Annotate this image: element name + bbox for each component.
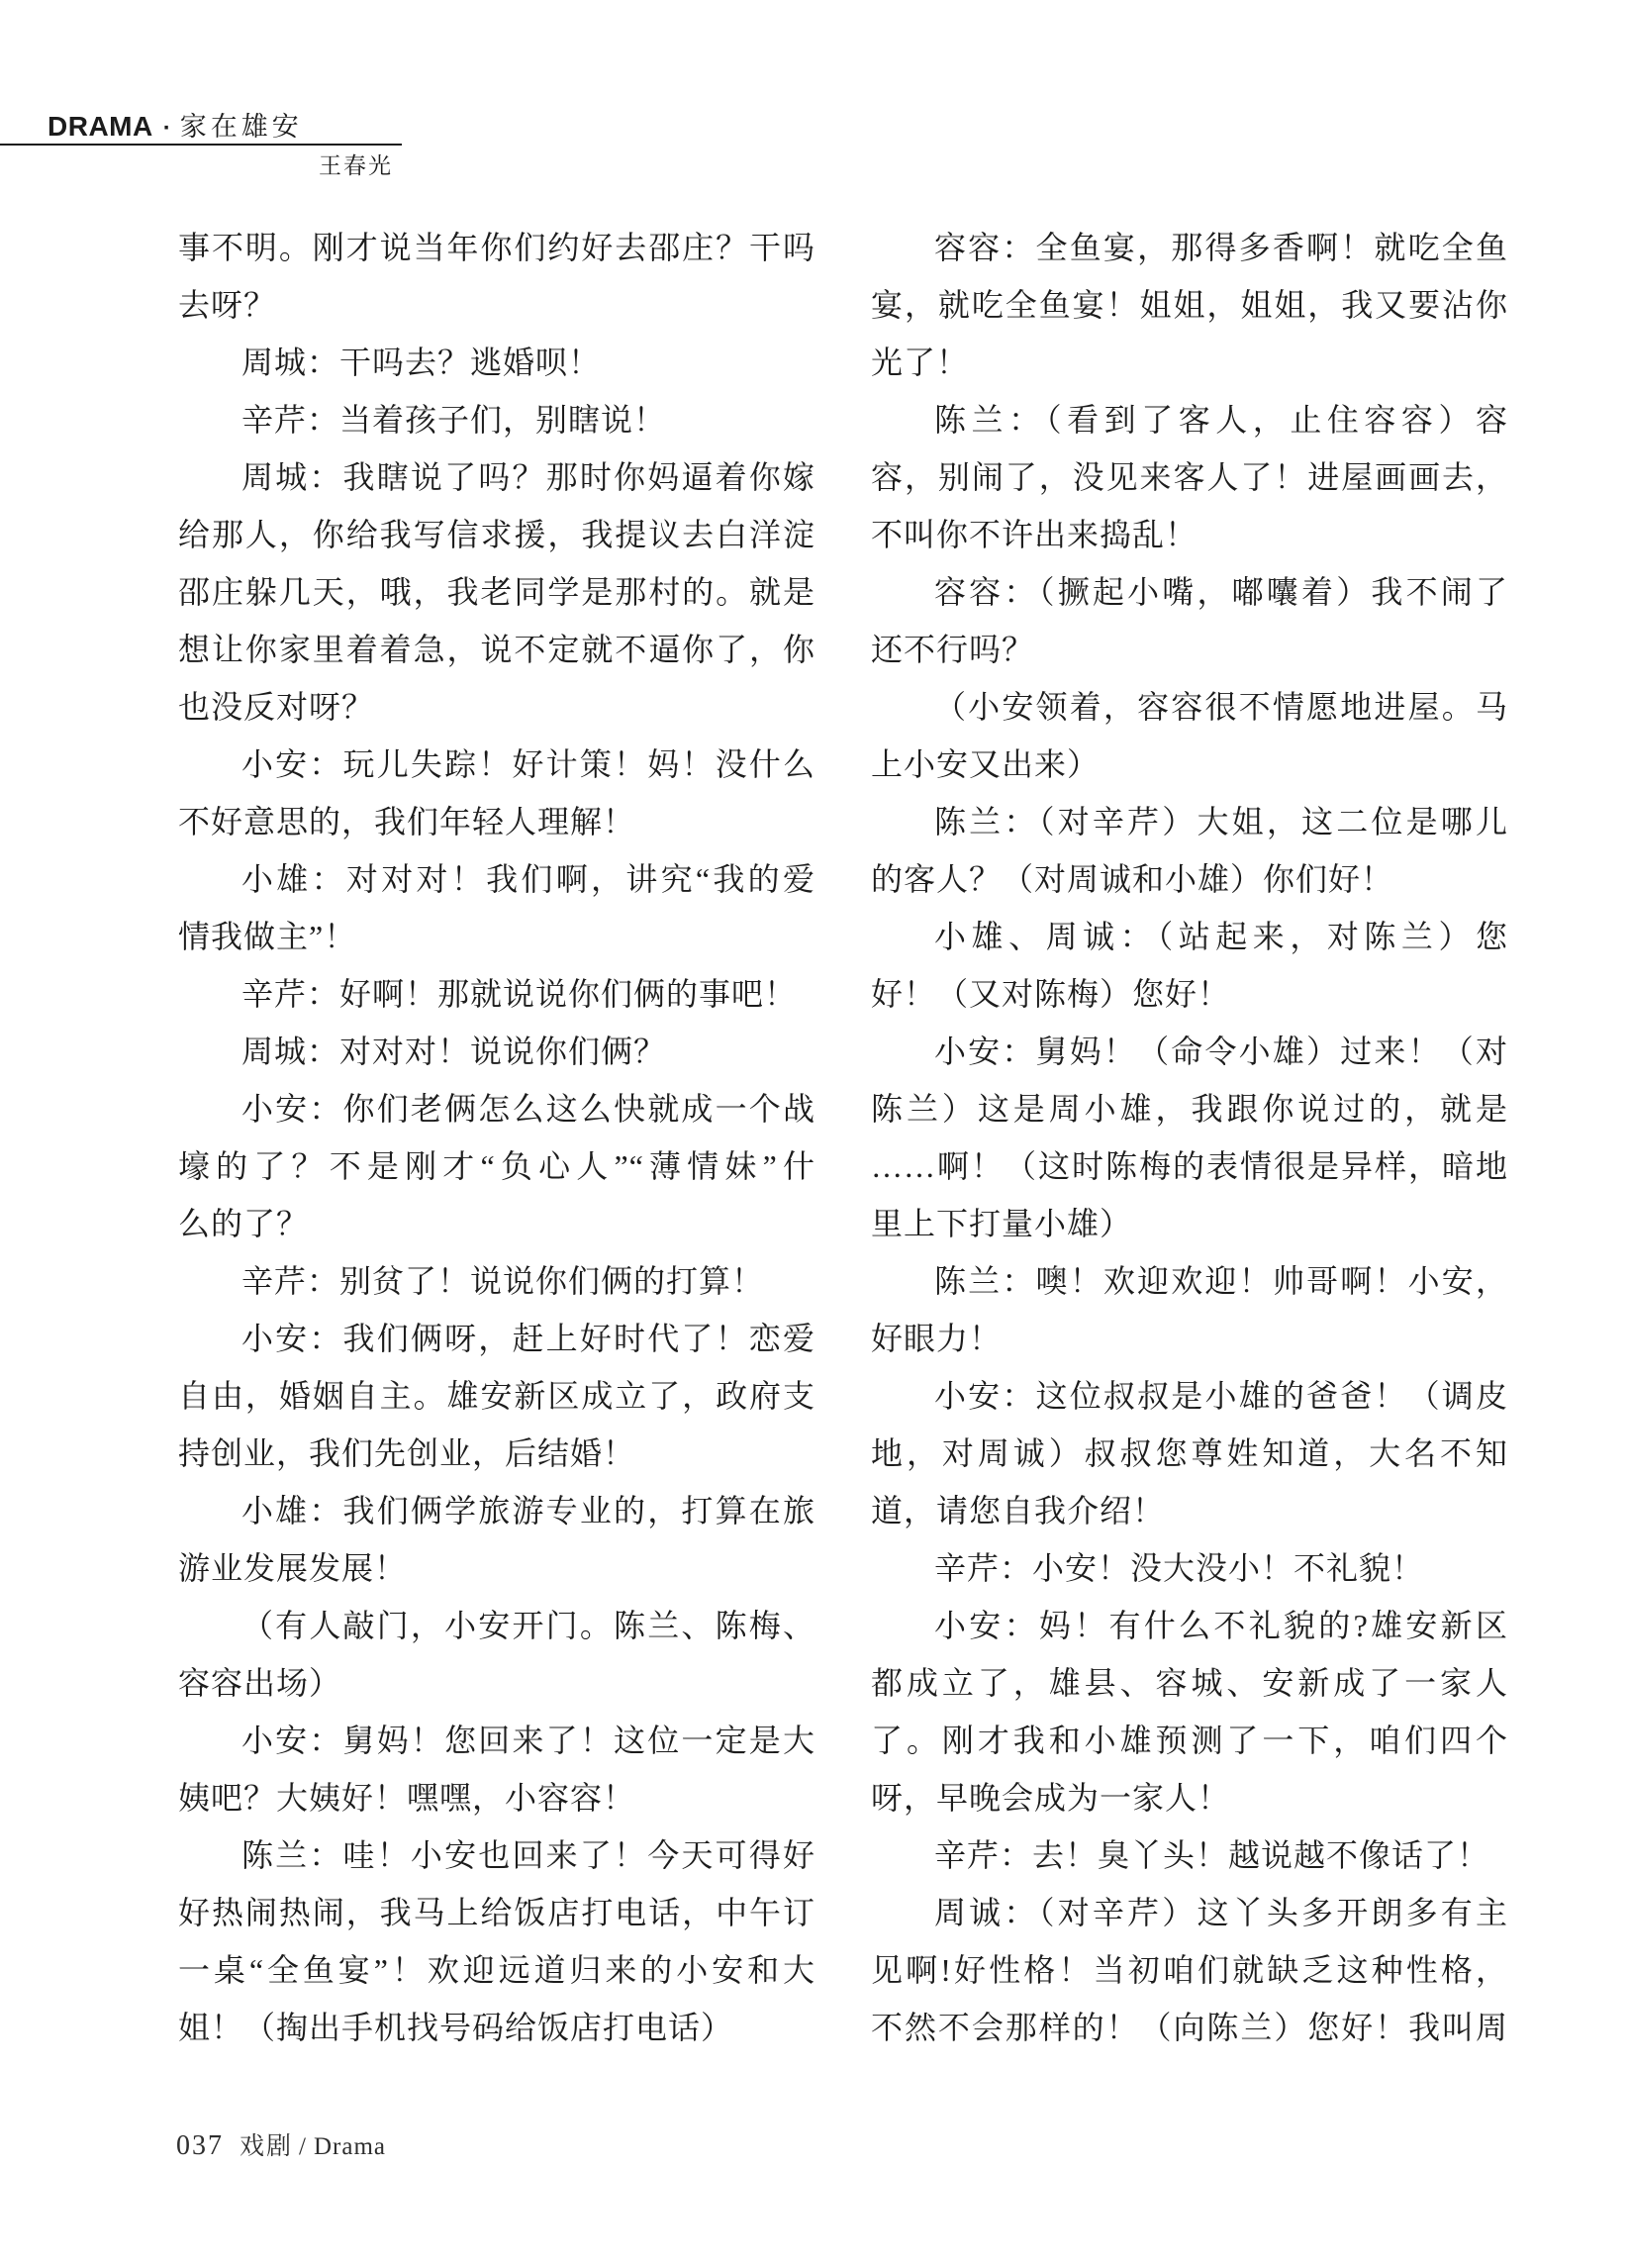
column-right: 容容：全鱼宴，那得多香啊！就吃全鱼宴，就吃全鱼宴！姐姐，姐姐，我又要沾你光了！陈… bbox=[871, 219, 1508, 2056]
script-line: ……啊！（这时陈梅的表情很是异样，暗地 bbox=[871, 1137, 1508, 1195]
script-line: 小安：舅妈！（命令小雄）过来！（对 bbox=[871, 1023, 1508, 1080]
footer-separator: / bbox=[299, 2133, 306, 2161]
script-line: 见啊!好性格！当初咱们就缺乏这种性格， bbox=[871, 1941, 1508, 1999]
script-line: 容容出场） bbox=[178, 1654, 815, 1712]
script-line: 容，别闹了，没见来客人了！进屋画画去， bbox=[871, 448, 1508, 506]
script-line: 去呀？ bbox=[178, 276, 815, 334]
script-line: 陈兰：哇！小安也回来了！今天可得好 bbox=[178, 1826, 815, 1884]
script-line: 好！（又对陈梅）您好！ bbox=[871, 965, 1508, 1023]
script-line: 上小安又出来） bbox=[871, 736, 1508, 793]
script-line: 周城：我瞎说了吗？那时你妈逼着你嫁 bbox=[178, 448, 815, 506]
script-line: （小安领着，容容很不情愿地进屋。马 bbox=[871, 678, 1508, 736]
script-line: 不然不会那样的！（向陈兰）您好！我叫周 bbox=[871, 1999, 1508, 2056]
script-line: 情我做主”！ bbox=[178, 908, 815, 965]
script-line: 小安：这位叔叔是小雄的爸爸！（调皮 bbox=[871, 1367, 1508, 1425]
separator-dot: · bbox=[163, 113, 171, 145]
script-line: 小安：你们老俩怎么这么快就成一个战 bbox=[178, 1080, 815, 1137]
script-line: 辛芹：当着孩子们，别瞎说！ bbox=[178, 391, 815, 448]
author-name: 王春光 bbox=[319, 151, 393, 181]
script-line: 周诚：（对辛芹）这丫头多开朗多有主 bbox=[871, 1884, 1508, 1941]
script-line: 么的了？ bbox=[178, 1195, 815, 1252]
script-line: 小雄：我们俩学旅游专业的，打算在旅 bbox=[178, 1482, 815, 1539]
script-line: 姨吧？大姨好！嘿嘿，小容容！ bbox=[178, 1769, 815, 1826]
script-line: 地，对周诚）叔叔您尊姓知道，大名不知 bbox=[871, 1425, 1508, 1482]
column-left: 事不明。刚才说当年你们约好去邵庄？干吗去呀？周城：干吗去？逃婚呗！辛芹：当着孩子… bbox=[178, 219, 815, 2056]
script-line: 容容：全鱼宴，那得多香啊！就吃全鱼 bbox=[871, 219, 1508, 276]
script-line: （有人敲门，小安开门。陈兰、陈梅、 bbox=[178, 1597, 815, 1654]
script-line: 小雄：对对对！我们啊，讲究“我的爱 bbox=[178, 850, 815, 908]
script-line: 的客人？（对周诚和小雄）你们好！ bbox=[871, 850, 1508, 908]
script-line: 宴，就吃全鱼宴！姐姐，姐姐，我又要沾你 bbox=[871, 276, 1508, 334]
script-line: 里上下打量小雄） bbox=[871, 1195, 1508, 1252]
header-rule bbox=[0, 144, 402, 146]
script-line: 也没反对呀？ bbox=[178, 678, 815, 736]
page-footer: 037 戏剧 / Drama bbox=[176, 2126, 386, 2162]
magazine-title: 家在雄安 bbox=[180, 111, 303, 143]
script-line: 一桌“全鱼宴”！欢迎远道归来的小安和大 bbox=[178, 1941, 815, 1999]
script-line: 还不行吗？ bbox=[871, 621, 1508, 678]
script-line: 小雄、周诚：（站起来，对陈兰）您 bbox=[871, 908, 1508, 965]
page-number: 037 bbox=[176, 2130, 224, 2162]
script-line: 辛芹：小安！没大没小！不礼貌！ bbox=[871, 1539, 1508, 1597]
script-line: 陈兰：（对辛芹）大姐，这二位是哪儿 bbox=[871, 793, 1508, 850]
script-line: 好眼力！ bbox=[871, 1310, 1508, 1367]
footer-section-cn: 戏剧 bbox=[240, 2126, 293, 2162]
script-line: 陈兰）这是周小雄，我跟你说过的，就是 bbox=[871, 1080, 1508, 1137]
script-line: 小安：玩儿失踪！好计策！妈！没什么 bbox=[178, 736, 815, 793]
script-line: 给那人，你给我写信求援，我提议去白洋淀 bbox=[178, 506, 815, 563]
script-line: 光了！ bbox=[871, 334, 1508, 391]
script-line: 邵庄躲几天，哦，我老同学是那村的。就是 bbox=[178, 563, 815, 621]
footer-section-en: Drama bbox=[314, 2133, 386, 2161]
script-line: 容容：（撅起小嘴，嘟囔着）我不闹了 bbox=[871, 563, 1508, 621]
script-line: 小安：我们俩呀，赶上好时代了！恋爱 bbox=[178, 1310, 815, 1367]
script-line: 辛芹：去！臭丫头！越说越不像话了！ bbox=[871, 1826, 1508, 1884]
script-line: 周城：干吗去？逃婚呗！ bbox=[178, 334, 815, 391]
script-line: 小安：舅妈！您回来了！这位一定是大 bbox=[178, 1712, 815, 1769]
section-label: DRAMA bbox=[48, 111, 153, 143]
script-line: 都成立了，雄县、容城、安新成了一家人 bbox=[871, 1654, 1508, 1712]
script-line: 了。刚才我和小雄预测了一下，咱们四个 bbox=[871, 1712, 1508, 1769]
masthead: DRAMA · 家在雄安 bbox=[48, 111, 303, 145]
script-line: 辛芹：别贫了！说说你们俩的打算！ bbox=[178, 1252, 815, 1310]
script-line: 不叫你不许出来捣乱！ bbox=[871, 506, 1508, 563]
script-line: 事不明。刚才说当年你们约好去邵庄？干吗 bbox=[178, 219, 815, 276]
script-line: 壕的了？不是刚才“负心人”“薄情妹”什 bbox=[178, 1137, 815, 1195]
script-line: 想让你家里着着急，说不定就不逼你了，你 bbox=[178, 621, 815, 678]
magazine-page: DRAMA · 家在雄安 王春光 事不明。刚才说当年你们约好去邵庄？干吗去呀？周… bbox=[0, 0, 1629, 2268]
script-line: 姐！（掏出手机找号码给饭店打电话） bbox=[178, 1999, 815, 2056]
script-line: 小安：妈！有什么不礼貌的?雄安新区 bbox=[871, 1597, 1508, 1654]
script-line: 自由，婚姻自主。雄安新区成立了，政府支 bbox=[178, 1367, 815, 1425]
script-line: 持创业，我们先创业，后结婚！ bbox=[178, 1425, 815, 1482]
script-line: 周城：对对对！说说你们俩？ bbox=[178, 1023, 815, 1080]
script-line: 道，请您自我介绍！ bbox=[871, 1482, 1508, 1539]
script-line: 呀，早晚会成为一家人！ bbox=[871, 1769, 1508, 1826]
script-line: 好热闹热闹，我马上给饭店打电话，中午订 bbox=[178, 1884, 815, 1941]
script-line: 辛芹：好啊！那就说说你们俩的事吧！ bbox=[178, 965, 815, 1023]
script-line: 陈兰：（看到了客人，止住容容）容 bbox=[871, 391, 1508, 448]
script-columns: 事不明。刚才说当年你们约好去邵庄？干吗去呀？周城：干吗去？逃婚呗！辛芹：当着孩子… bbox=[178, 219, 1508, 2056]
script-line: 陈兰：噢！欢迎欢迎！帅哥啊！小安， bbox=[871, 1252, 1508, 1310]
script-line: 游业发展发展！ bbox=[178, 1539, 815, 1597]
script-line: 不好意思的，我们年轻人理解！ bbox=[178, 793, 815, 850]
